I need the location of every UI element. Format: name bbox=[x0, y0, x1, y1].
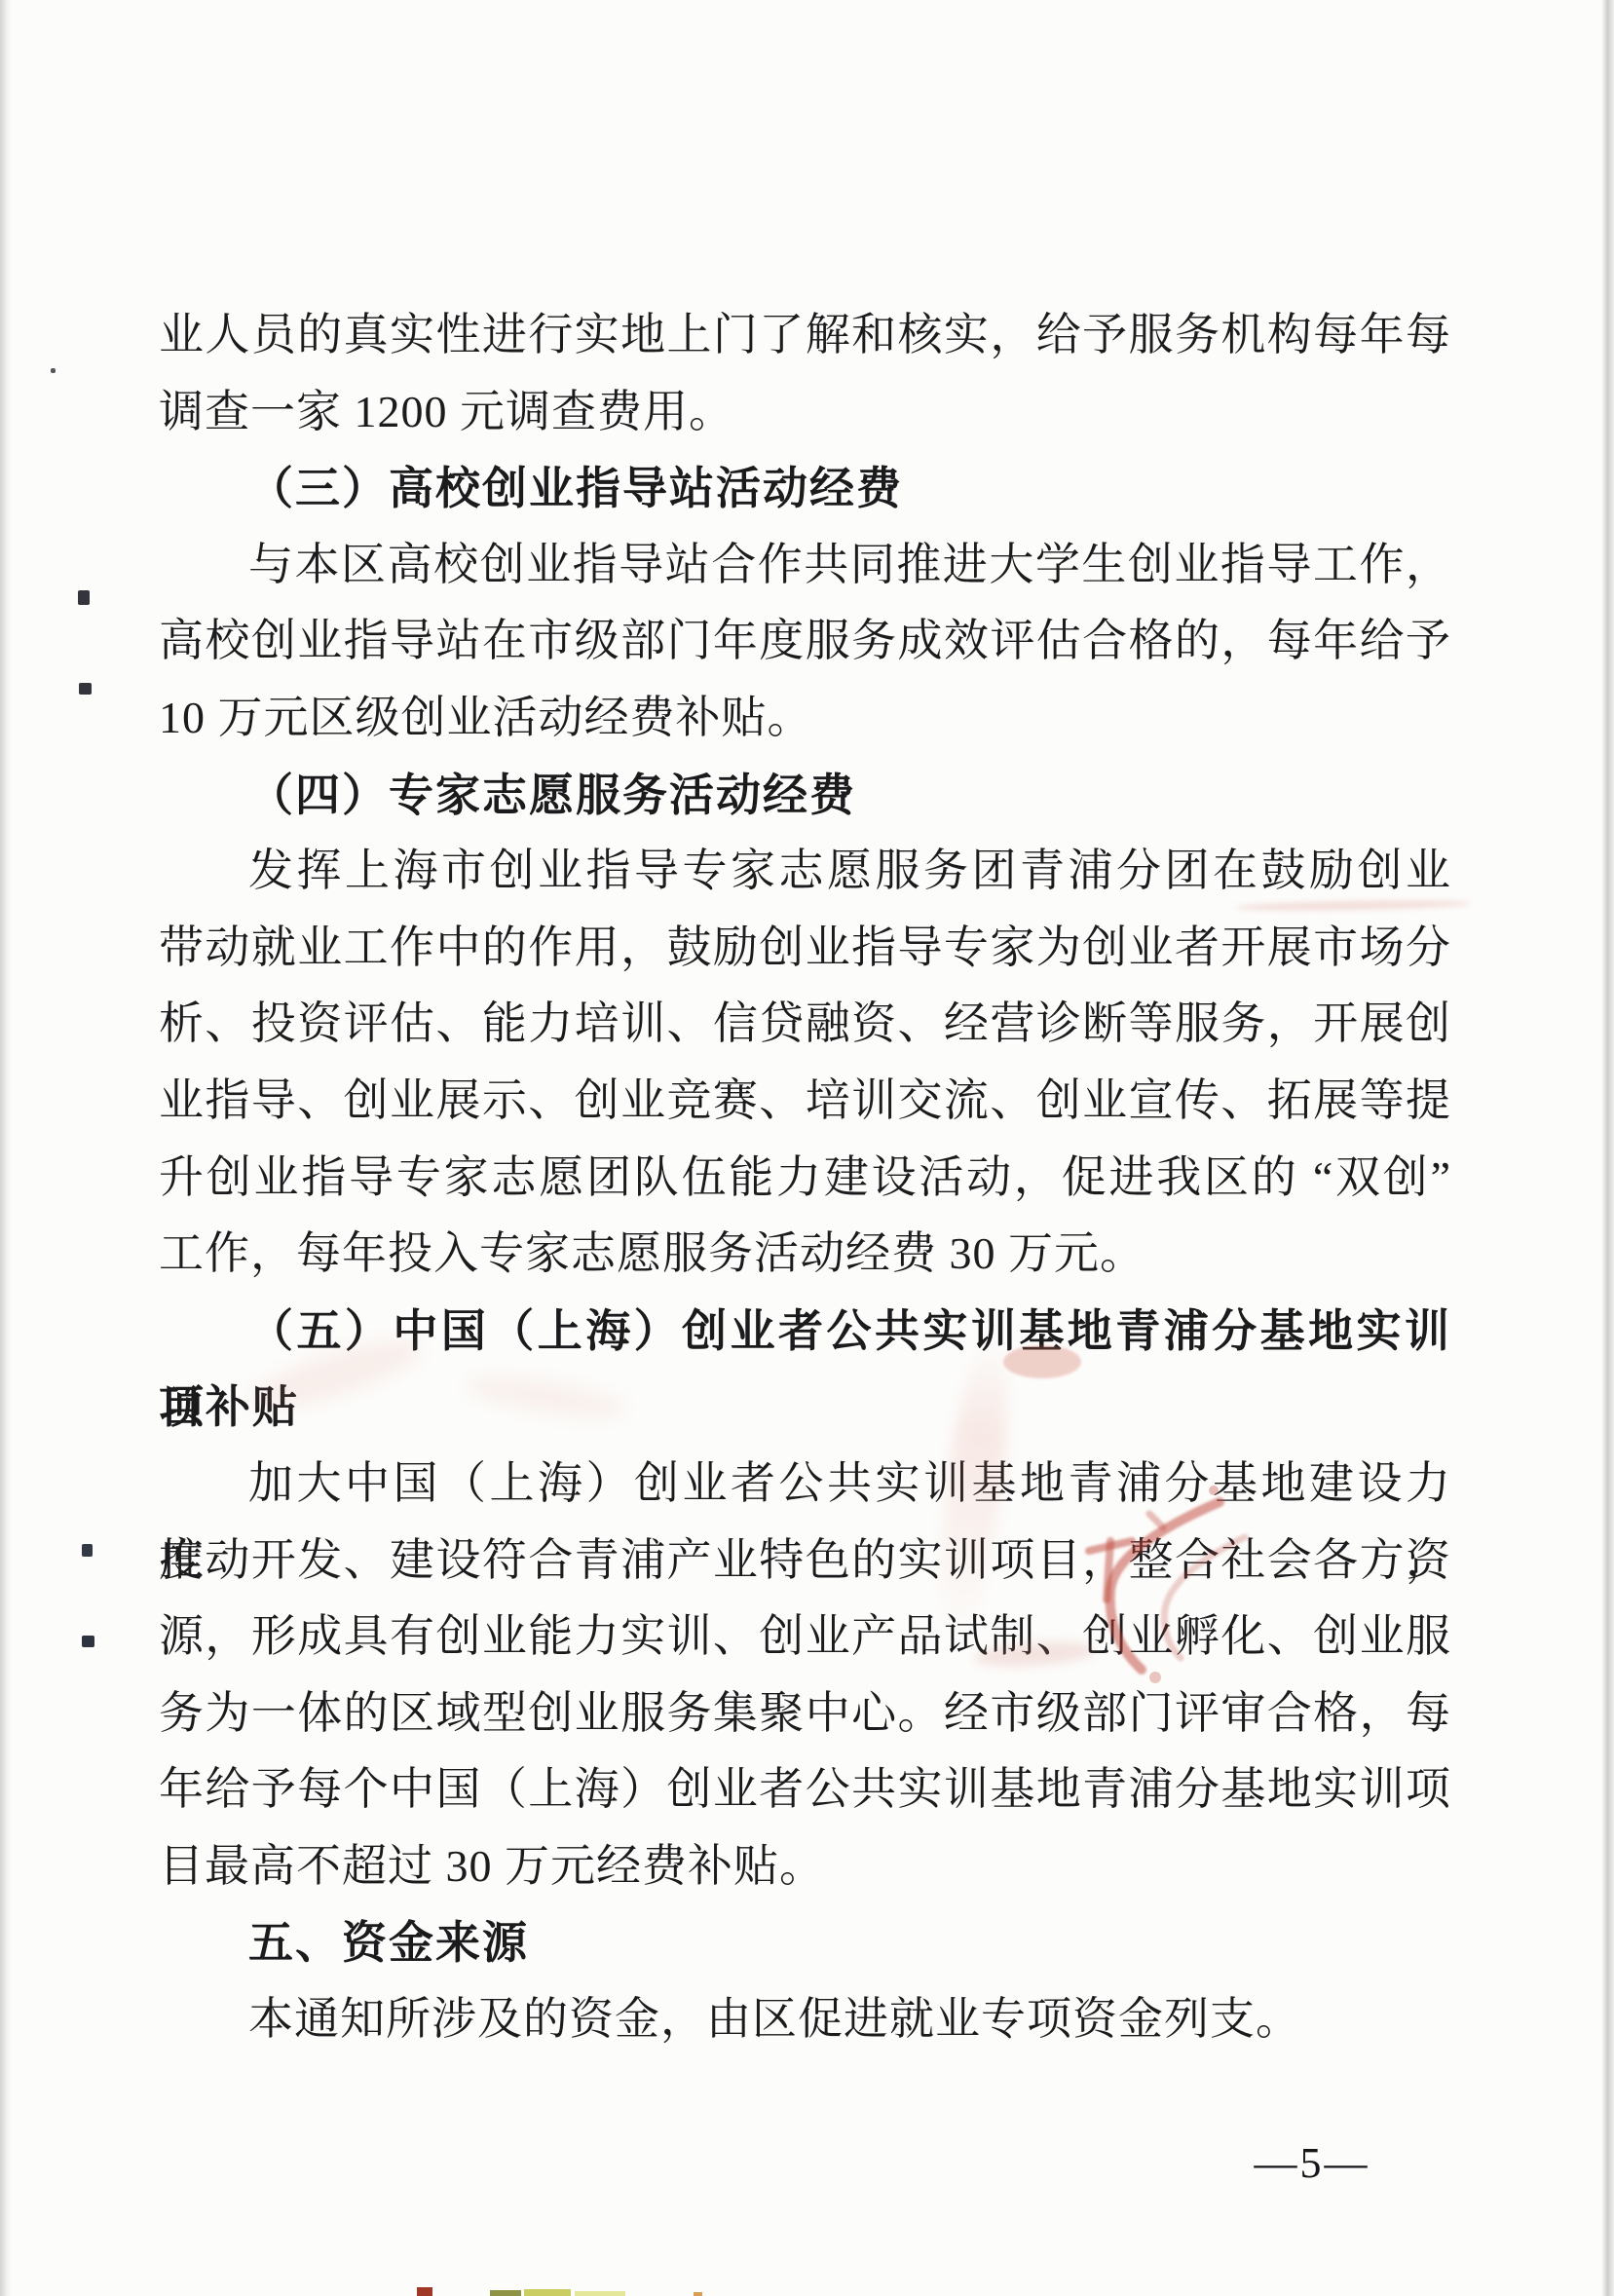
text-line: 务为一体的区域型创业服务集聚中心。经市级部门评审合格，每 bbox=[159, 1675, 1451, 1752]
scan-artifact bbox=[417, 2287, 432, 2296]
text-line: 本通知所涉及的资金，由区促进就业专项资金列支。 bbox=[159, 1981, 1451, 2058]
ink-speck bbox=[51, 368, 56, 373]
page-number: —5— bbox=[1229, 2138, 1395, 2188]
ink-speck bbox=[82, 1544, 93, 1557]
text-line: 析、投资评估、能力培训、信贷融资、经营诊断等服务，开展创 bbox=[159, 986, 1451, 1063]
text-line: 发挥上海市创业指导专家志愿服务团青浦分团在鼓励创业 bbox=[159, 833, 1451, 910]
text-line: 目最高不超过 30 万元经费补贴。 bbox=[159, 1828, 1451, 1905]
text-line: （五）中国（上海）创业者公共实训基地青浦分基地实训项 bbox=[159, 1293, 1451, 1370]
text-line: 目补贴 bbox=[159, 1369, 1451, 1446]
text-line: 升创业指导专家志愿团队伍能力建设活动，促进我区的 “双创” bbox=[159, 1140, 1451, 1217]
scan-edge-right bbox=[1602, 0, 1614, 2296]
scanned-document-page: 业人员的真实性进行实地上门了解和核实，给予服务机构每年每调查一家 1200 元调… bbox=[0, 0, 1614, 2296]
text-line: 年给予每个中国（上海）创业者公共实训基地青浦分基地实训项 bbox=[159, 1751, 1451, 1828]
scan-artifact bbox=[694, 2292, 702, 2296]
text-line: 带动就业工作中的作用，鼓励创业指导专家为创业者开展市场分 bbox=[159, 910, 1451, 987]
text-line: 业指导、创业展示、创业竞赛、培训交流、创业宣传、拓展等提 bbox=[159, 1063, 1451, 1140]
scan-edge-left bbox=[0, 0, 12, 2296]
text-line: （四）专家志愿服务活动经费 bbox=[159, 757, 1451, 834]
text-line: 10 万元区级创业活动经费补贴。 bbox=[159, 680, 1451, 757]
scan-artifact bbox=[575, 2291, 625, 2296]
text-line: 与本区高校创业指导站合作共同推进大学生创业指导工作， bbox=[159, 527, 1451, 604]
text-line: 工作，每年投入专家志愿服务活动经费 30 万元。 bbox=[159, 1216, 1451, 1293]
text-line: 源，形成具有创业能力实训、创业产品试制、创业孵化、创业服 bbox=[159, 1599, 1451, 1675]
ink-speck bbox=[79, 683, 92, 695]
ink-speck bbox=[78, 590, 90, 605]
text-line: 高校创业指导站在市级部门年度服务成效评估合格的，每年给予 bbox=[159, 603, 1451, 680]
ink-speck bbox=[82, 1636, 94, 1647]
scan-artifact bbox=[490, 2290, 521, 2296]
text-line: 业人员的真实性进行实地上门了解和核实，给予服务机构每年每 bbox=[159, 297, 1451, 374]
text-line: 加大中国（上海）创业者公共实训基地青浦分基地建设力度， bbox=[159, 1446, 1451, 1523]
document-body: 业人员的真实性进行实地上门了解和核实，给予服务机构每年每调查一家 1200 元调… bbox=[159, 297, 1451, 2058]
text-line: （三）高校创业指导站活动经费 bbox=[159, 450, 1451, 527]
text-line: 推动开发、建设符合青浦产业特色的实训项目，整合社会各方资 bbox=[159, 1523, 1451, 1600]
text-line: 调查一家 1200 元调查费用。 bbox=[159, 374, 1451, 451]
text-line: 五、资金来源 bbox=[159, 1904, 1451, 1981]
scan-artifact bbox=[524, 2289, 571, 2296]
